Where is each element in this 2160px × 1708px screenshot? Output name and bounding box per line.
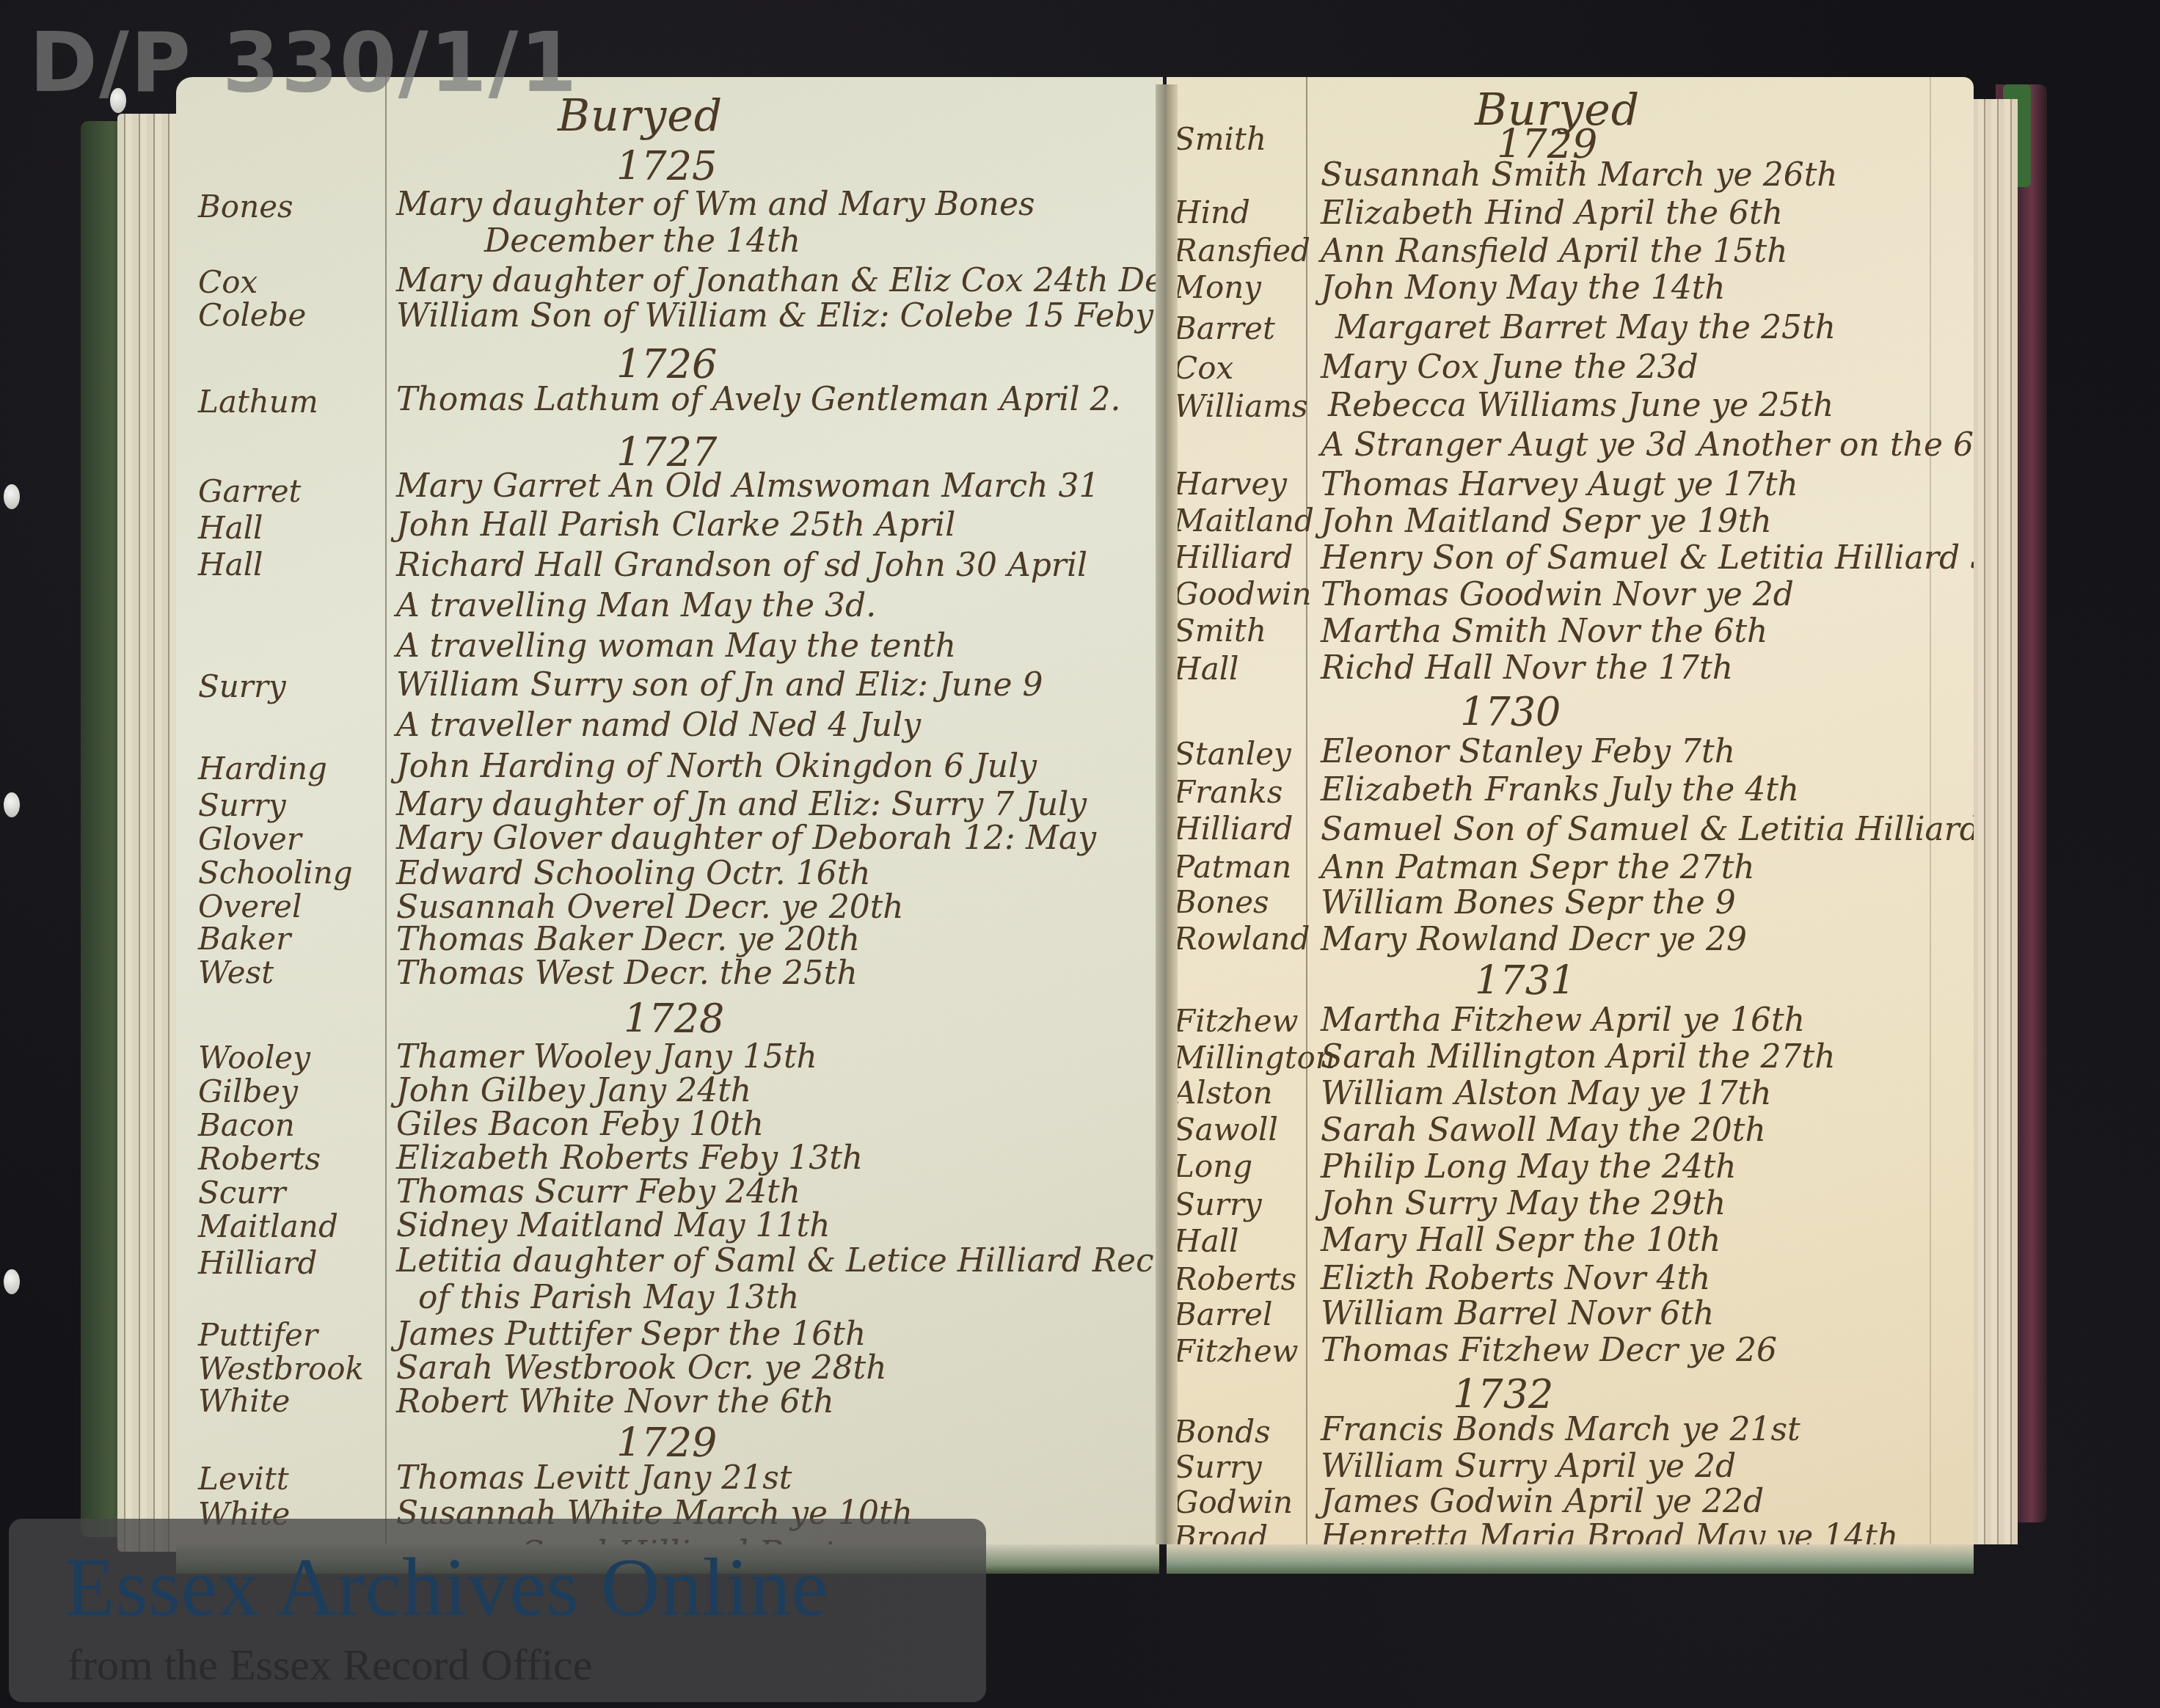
watermark-subtitle: from the Essex Record Office [67, 1640, 592, 1690]
burial-entry: A traveller namd Old Ned 4 July [396, 707, 921, 744]
burial-entry: Thomas Goodwin Novr ye 2d [1321, 576, 1794, 613]
surname: Patman [1174, 849, 1291, 885]
burial-entry: Thomas Fitzhew Decr ye 26 [1321, 1332, 1777, 1369]
burial-entry: Sarah Westbrook Ocr. ye 28th [396, 1349, 887, 1387]
burial-entry: William Bones Sepr the 9 [1321, 884, 1736, 921]
burial-entry: Robert White Novr the 6th [396, 1383, 834, 1420]
burial-entry: Francis Bonds March ye 21st [1321, 1411, 1800, 1448]
surname: Roberts [198, 1141, 321, 1177]
surname: Maitland [198, 1208, 338, 1244]
surname: Harvey [1174, 466, 1287, 502]
burial-entry: A travelling woman May the tenth [396, 627, 956, 665]
burial-entry: Ann Patman Sepr the 27th [1321, 849, 1755, 886]
burial-entry: Mary daughter of Jonathan & Eliz Cox 24t… [396, 262, 1163, 299]
burial-entry: Philip Long May the 24th [1321, 1148, 1737, 1186]
burial-entry: Mary Glover daughter of Deborah 12: May [396, 820, 1096, 857]
burial-entry: James Puttifer Sepr the 16th [396, 1315, 866, 1353]
surname: Goodwin [1174, 576, 1311, 612]
burial-entry: William Son of William & Eliz: Colebe 15… [396, 297, 1153, 335]
burial-entry: John Maitland Sepr ye 19th [1321, 503, 1772, 540]
surname: Schooling [198, 855, 353, 891]
burial-entry: Elizth Roberts Novr 4th [1321, 1260, 1710, 1297]
surname: Surry [198, 787, 286, 823]
document-reference: D/P 330/1/1 [29, 22, 578, 104]
burial-entry: Giles Bacon Feby 10th [396, 1106, 764, 1143]
surname: Godwin [1174, 1484, 1293, 1520]
margin-rule [385, 77, 387, 1544]
surname: Surry [198, 668, 286, 704]
surname: Hind [1174, 194, 1250, 230]
burial-entry: Rebecca Williams June ye 25th [1328, 387, 1834, 424]
burial-entry: of this Parish May 13th [418, 1279, 799, 1316]
surname: Glover [198, 821, 302, 857]
margin-rule [1306, 77, 1307, 1544]
surname: Puttifer [198, 1317, 318, 1353]
burial-entry: James Godwin April ye 22d [1321, 1483, 1764, 1520]
surname: West [198, 955, 274, 990]
burial-entry: John Surry May the 29th [1321, 1185, 1726, 1222]
burial-entry: December the 14th [484, 222, 800, 260]
surname: Sawoll [1174, 1112, 1278, 1147]
burial-entry: Elizabeth Roberts Feby 13th [396, 1139, 863, 1177]
burial-entry: William Surry son of Jn and Eliz: June 9 [396, 666, 1043, 704]
surname: Bacon [198, 1107, 295, 1143]
burial-entry: Ann Ransfield April the 15th [1321, 233, 1788, 270]
burial-entry: Sarah Sawoll May the 20th [1321, 1112, 1766, 1149]
surname: Mony [1174, 269, 1261, 305]
burial-entry: Mary daughter of Jn and Eliz: Surry 7 Ju… [396, 786, 1087, 823]
page-bottom-edge [1167, 1544, 1974, 1574]
burial-entry: Edward Schooling Octr. 16th [396, 855, 871, 892]
surname: Broad [1174, 1519, 1268, 1544]
burial-entry: Eleonor Stanley Feby 7th [1321, 733, 1735, 770]
surname: Hall [1174, 651, 1239, 687]
burial-entry: A Stranger Augt ye 3d Another on the 6th [1321, 426, 1974, 464]
surname: Surry [1174, 1449, 1262, 1485]
surname: Levitt [198, 1461, 289, 1497]
surname: Maitland [1174, 503, 1314, 539]
left-page: Buryed 1725 Bones Mary daughter of Wm an… [176, 77, 1163, 1544]
surname: Hilliard [1174, 811, 1293, 847]
pin-marker [4, 792, 20, 817]
surname: Roberts [1174, 1261, 1296, 1297]
burial-entry: Elizabeth Franks July the 4th [1321, 771, 1799, 809]
burial-entry: Henry Son of Samuel & Letitia Hilliard S… [1321, 539, 1974, 577]
burial-entry: William Barrel Novr 6th [1321, 1295, 1714, 1332]
burial-entry: Martha Smith Novr the 6th [1321, 613, 1767, 650]
burial-entry: Thomas Scurr Feby 24th [396, 1173, 800, 1211]
year-heading: 1731 [1475, 957, 1575, 1004]
surname: Millington [1174, 1040, 1335, 1076]
burial-entry: Richard Hall Grandson of sd John 30 Apri… [396, 547, 1087, 584]
surname: Barrel [1174, 1296, 1272, 1332]
burial-entry: Martha Fitzhew April ye 16th [1321, 1001, 1805, 1039]
burial-entry: Letitia daughter of Saml & Letice Hillia… [396, 1242, 1163, 1280]
surname: Bones [1174, 884, 1269, 920]
open-register-book: Buryed 1725 Bones Mary daughter of Wm an… [81, 70, 2047, 1588]
burial-entry: Mary daughter of Wm and Mary Bones [396, 186, 1035, 223]
page-heading: Buryed [558, 90, 723, 142]
pin-marker [4, 1269, 20, 1294]
burial-entry: Thomas Harvey Augt ye 17th [1321, 466, 1798, 503]
surname: Hall [1174, 1223, 1239, 1259]
year-heading: 1725 [616, 143, 717, 189]
surname: Rowland [1174, 921, 1310, 957]
surname: Hall [198, 510, 263, 546]
surname: Smith [1174, 613, 1266, 649]
surname: Lathum [198, 384, 318, 420]
burial-entry: John Harding of North Okingdon 6 July [396, 748, 1037, 785]
burial-entry: Thamer Wooley Jany 15th [396, 1038, 817, 1076]
surname: Harding [198, 751, 327, 787]
burial-entry: Mary Hall Sepr the 10th [1321, 1222, 1721, 1259]
surname: Overel [198, 888, 302, 924]
right-page: Buryed 1729 Smith Susannah Smith March y… [1167, 77, 1974, 1544]
burial-entry: Thomas West Decr. the 25th [396, 955, 858, 992]
watermark-title: Essex Archives Online [65, 1541, 828, 1635]
surname: Stanley [1174, 736, 1291, 772]
surname: Alston [1174, 1075, 1273, 1111]
surname: Hilliard [1174, 539, 1293, 575]
burial-entry: John Mony May the 14th [1321, 269, 1726, 307]
surname: Cox [1174, 350, 1233, 386]
surname: Williams [1174, 388, 1308, 424]
burial-entry: Mary Rowland Decr ye 29 [1321, 921, 1747, 958]
surname: Baker [198, 921, 291, 957]
book-gutter [1156, 84, 1178, 1544]
year-heading: 1730 [1460, 689, 1561, 735]
burial-entry: Thomas Lathum of Avely Gentleman April 2… [396, 381, 1120, 418]
surname: Long [1174, 1148, 1252, 1184]
burial-entry: John Gilbey Jany 24th [396, 1072, 751, 1109]
burial-entry: Mary Garret An Old Almswoman March 31 [396, 467, 1100, 505]
burial-entry: Thomas Baker Decr. ye 20th [396, 921, 860, 958]
surname: Cox [198, 264, 258, 300]
burial-entry: Mary Cox June the 23d [1321, 348, 1699, 386]
surname: Bones [198, 189, 293, 225]
surname: Garret [198, 473, 301, 509]
burial-entry: Margaret Barret May the 25th [1335, 309, 1836, 346]
surname: White [198, 1383, 290, 1419]
archive-watermark: Essex Archives Online from the Essex Rec… [9, 1519, 986, 1702]
burial-entry: William Surry April ye 2d [1321, 1448, 1736, 1485]
pin-marker [4, 484, 20, 509]
year-heading: 1728 [624, 996, 724, 1042]
burial-entry: Thomas Levitt Jany 21st [396, 1459, 792, 1497]
surname: Gilbey [198, 1073, 298, 1109]
surname: Smith [1174, 121, 1266, 157]
burial-entry: Susannah Smith March ye 26th [1321, 156, 1838, 194]
burial-entry: Samuel Son of Samuel & Letitia Hilliard … [1321, 811, 1974, 848]
burial-entry: Sidney Maitland May 11th [396, 1207, 831, 1244]
burial-entry: Richd Hall Novr the 17th [1321, 649, 1733, 687]
surname: Barret [1174, 310, 1275, 346]
surname: Wooley [198, 1040, 310, 1076]
surname: Hilliard [198, 1245, 317, 1281]
surname: Franks [1174, 774, 1282, 810]
surname: Fitzhew [1174, 1003, 1298, 1039]
surname: Scurr [198, 1175, 286, 1211]
burial-entry: William Alston May ye 17th [1321, 1075, 1772, 1112]
burial-entry: A travelling Man May the 3d. [396, 587, 876, 624]
surname: Bonds [1174, 1414, 1271, 1450]
burial-entry: Elizabeth Hind April the 6th [1321, 194, 1783, 232]
burial-entry: Sarah Millington April the 27th [1321, 1038, 1835, 1076]
burial-entry: Henretta Maria Broad May ye 14th [1321, 1518, 1898, 1544]
surname: Fitzhew [1174, 1333, 1298, 1369]
surname: Colebe [198, 297, 306, 333]
surname: Surry [1174, 1186, 1262, 1222]
surname: Ransfied [1174, 233, 1310, 269]
burial-entry: John Hall Parish Clarke 25th April [396, 506, 955, 544]
surname: Westbrook [198, 1351, 364, 1387]
surname: Hall [198, 547, 263, 583]
